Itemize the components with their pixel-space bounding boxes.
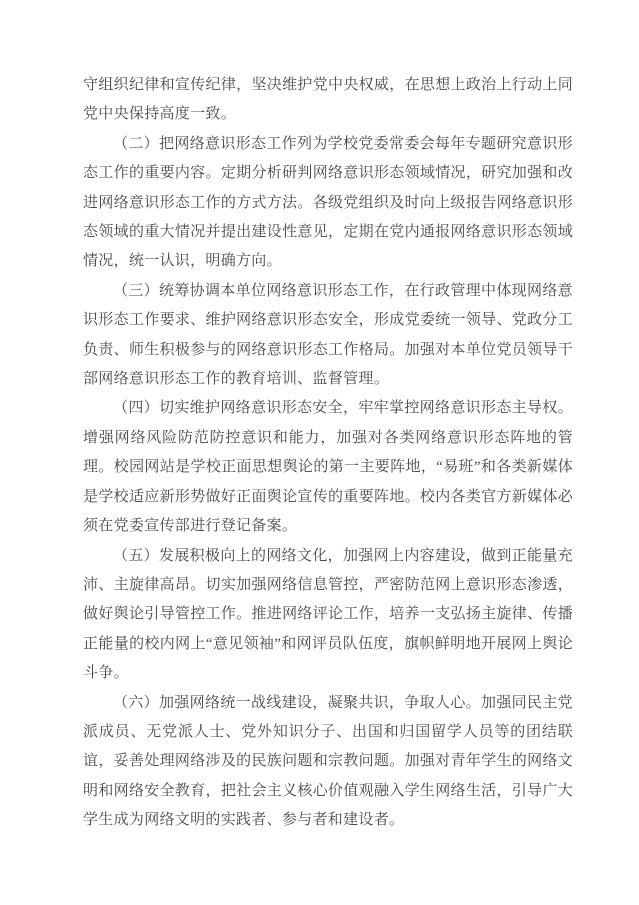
paragraph-item-4: （四）切实维护网络意识形态安全，牢牢掌控网络意识形态主导权。增强网络风险防范防控… [83,394,573,541]
document-page: 守组织纪律和宣传纪律，坚决维护党中央权威，在思想上政治上行动上同党中央保持高度一… [0,0,639,905]
paragraph-item-5: （五）发展积极向上的网络文化，加强网上内容建设，做到正能量充沛、主旋律高昂。切实… [83,542,573,689]
paragraph-item-3: （三）统筹协调本单位网络意识形态工作，在行政管理中体现网络意识形态工作要求、维护… [83,277,573,395]
paragraph-item-6: （六）加强网络统一战线建设，凝聚共识，争取人心。加强同民主党派成员、无党派人士、… [83,689,573,836]
paragraph-item-2: （二）把网络意识形态工作列为学校党委常委会每年专题研究意识形态工作的重要内容。定… [83,130,573,277]
document-body: 守组织纪律和宣传纪律，坚决维护党中央权威，在思想上政治上行动上同党中央保持高度一… [83,71,573,836]
paragraph-continuation: 守组织纪律和宣传纪律，坚决维护党中央权威，在思想上政治上行动上同党中央保持高度一… [83,71,573,130]
